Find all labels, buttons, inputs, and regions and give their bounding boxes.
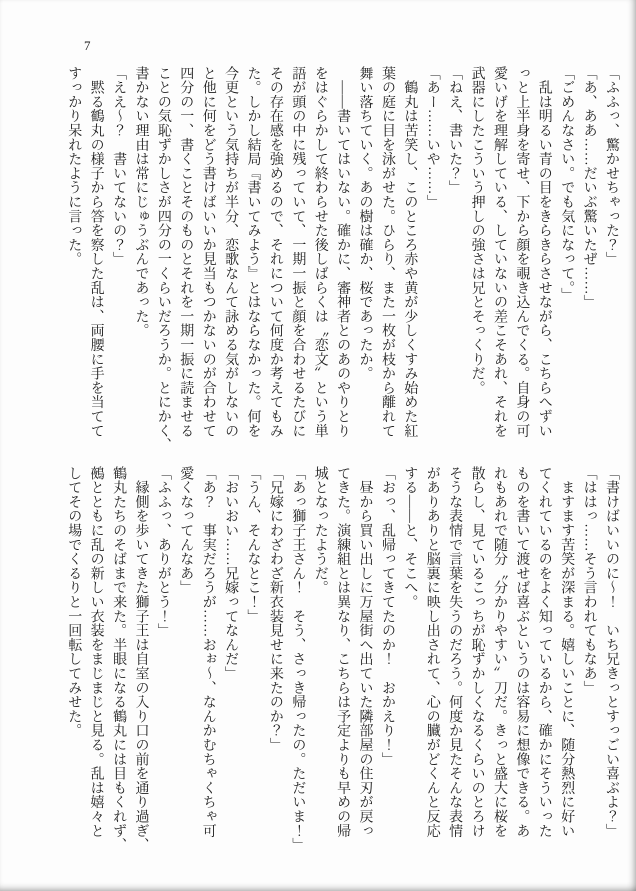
text-line: 「おいおい……兄嫁ってなんだ」 — [219, 466, 241, 870]
text-line: してその場でくるりと一回転してみせた。 — [62, 466, 84, 870]
text-line: 昼から買い出しに万屋街へ出ていた隣部屋の住刃が戻っ — [353, 466, 375, 870]
text-line: 「ははっ……そう言われてもなあ」 — [577, 466, 599, 870]
text-line: をはぐらかして終わらせた後しばらくは〝恋文〟という単 — [308, 66, 330, 466]
text-line: と他に何をどう書けばいいか見当もつかないのが合わせて — [196, 66, 218, 466]
text-line: そうな表情で言葉を失うのだろう。何度か見たそんな表情 — [443, 466, 465, 870]
text-line: 鵺とともに乱の新しい衣装をまじまじと見る。乱は嬉々と — [84, 466, 106, 870]
text-line: がありありと脳裏に映し出されて、心の臓がどくんと反応 — [420, 466, 442, 870]
text-line: 「ふふっ、驚かせちゃった？」 — [600, 66, 622, 466]
text-line: 「ごめんなさい。でも気になって。」 — [555, 66, 577, 466]
page-number: 7 — [84, 38, 91, 54]
text-line: 四分の一、書くことそのものとそれを一期一振に読ませる — [174, 66, 196, 466]
document-page: 7 「ふふっ、驚かせちゃった？」「あ、ああ……だいぶ驚いたぜ……」「ごめんなさい… — [0, 0, 636, 891]
text-line: その存在感を強めるので、それについて何度か考えてもみ — [264, 66, 286, 466]
text-line: 黙る鶴丸の様子から答を察した乱は、両腰に手を当てて — [84, 66, 106, 466]
text-line: 「あっ獅子王さん！ そう、さっき帰ったの。ただいま！」 — [286, 466, 308, 870]
text-line: 乱は明るい青の目をきらきらさせながら、こちらへずい — [532, 66, 554, 466]
text-line: 「ええ～？ 書いてないの？」 — [107, 66, 129, 466]
text-line: 「ねえ、書いた？」 — [443, 66, 465, 466]
text-line: 愛くなってんなあ」 — [174, 466, 196, 870]
text-line: っと上半身を寄せ、下から顔を覗き込んでくる。自身の可 — [510, 66, 532, 466]
text-line: 舞い落ちていく。あの樹は確か、桜であったか。 — [353, 66, 375, 466]
text-line: 城となったようだ。 — [308, 466, 330, 870]
text-line: すっかり呆れたように言った。 — [62, 66, 84, 466]
text-line: 鶴丸たちのそばまで来た。半眼になる鶴丸には目もくれず、 — [107, 466, 129, 870]
text-line: てきた。演練組とは異なり、こちらは予定よりも早めの帰 — [331, 466, 353, 870]
text-line: 「ふふっ、ありがとう！」 — [151, 466, 173, 870]
text-line: 散らし、見ているこっちが恥ずかしくなるくらいのとろけ — [465, 466, 487, 870]
text-line: 「うん、そんなとこ！」 — [241, 466, 263, 870]
text-line: 「書けばいいのに～！ いち兄きっとすっごい喜ぶよ？」 — [600, 466, 622, 870]
text-line: 縁側を歩いてきた獅子王は自室の入り口の前を通り過ぎ、 — [129, 466, 151, 870]
text-line: 語が頭の中に残っていて、一期一振と顔を合わせるたびに — [286, 66, 308, 466]
text-line: ことの気恥ずかしさが四分の一くらいだろうか。とにかく、 — [151, 66, 173, 466]
text-line: た。しかし結局『書いてみよう』とはならなかった。何を — [241, 66, 263, 466]
text-line: 「兄嫁にわざわざ新衣装見せに来たのか？」 — [264, 466, 286, 870]
text-line: 葉の庭に目を泳がせた。ひらり、また一枚が枝から離れて — [376, 66, 398, 466]
text-line: 「あ、ああ……だいぶ驚いたぜ……」 — [577, 66, 599, 466]
text-line: 書かない理由は常にじゅうぶんであった。 — [129, 66, 151, 466]
text-line: 「あー……いや……」 — [420, 66, 442, 466]
top-text-block: 「ふふっ、驚かせちゃった？」「あ、ああ……だいぶ驚いたぜ……」「ごめんなさい。で… — [62, 66, 622, 466]
text-line: 「おっ、乱帰ってきてたのか！ おかえり！」 — [376, 466, 398, 870]
text-line: れもあれで随分〝分かりやすい〟刀だ。きっと盛大に桜を — [488, 466, 510, 870]
bottom-text-block: 「書けばいいのに～！ いち兄きっとすっごい喜ぶよ？」「ははっ……そう言われてもな… — [62, 466, 622, 870]
text-line: てくれているのをよく知っているから、確かにそういった — [532, 466, 554, 870]
text-line: 愛いげを理解している、していないの差こそあれ、それを — [488, 66, 510, 466]
text-line: する――と、そこへ。 — [398, 466, 420, 870]
text-line: 武器にしたこういう押しの強さは兄とそっくりだ。 — [465, 66, 487, 466]
text-line: 今更という気持ちが半分、恋歌なんて詠める気がしないの — [219, 66, 241, 466]
text-line: 鶴丸は苦笑し、このところ赤や黄が少しくすみ始めた紅 — [398, 66, 420, 466]
text-line: 「あ？ 事実だろうが……おぉ～、なんかむちゃくちゃ可 — [196, 466, 218, 870]
text-line: ――書いてはいない。確かに、審神者とのあのやりとり — [331, 66, 353, 466]
text-line: ますます苦笑が深まる。嬉しいことに、随分熱烈に好い — [555, 466, 577, 870]
text-line: ものを書いて渡せば喜ぶというのは容易に想像できる。あ — [510, 466, 532, 870]
